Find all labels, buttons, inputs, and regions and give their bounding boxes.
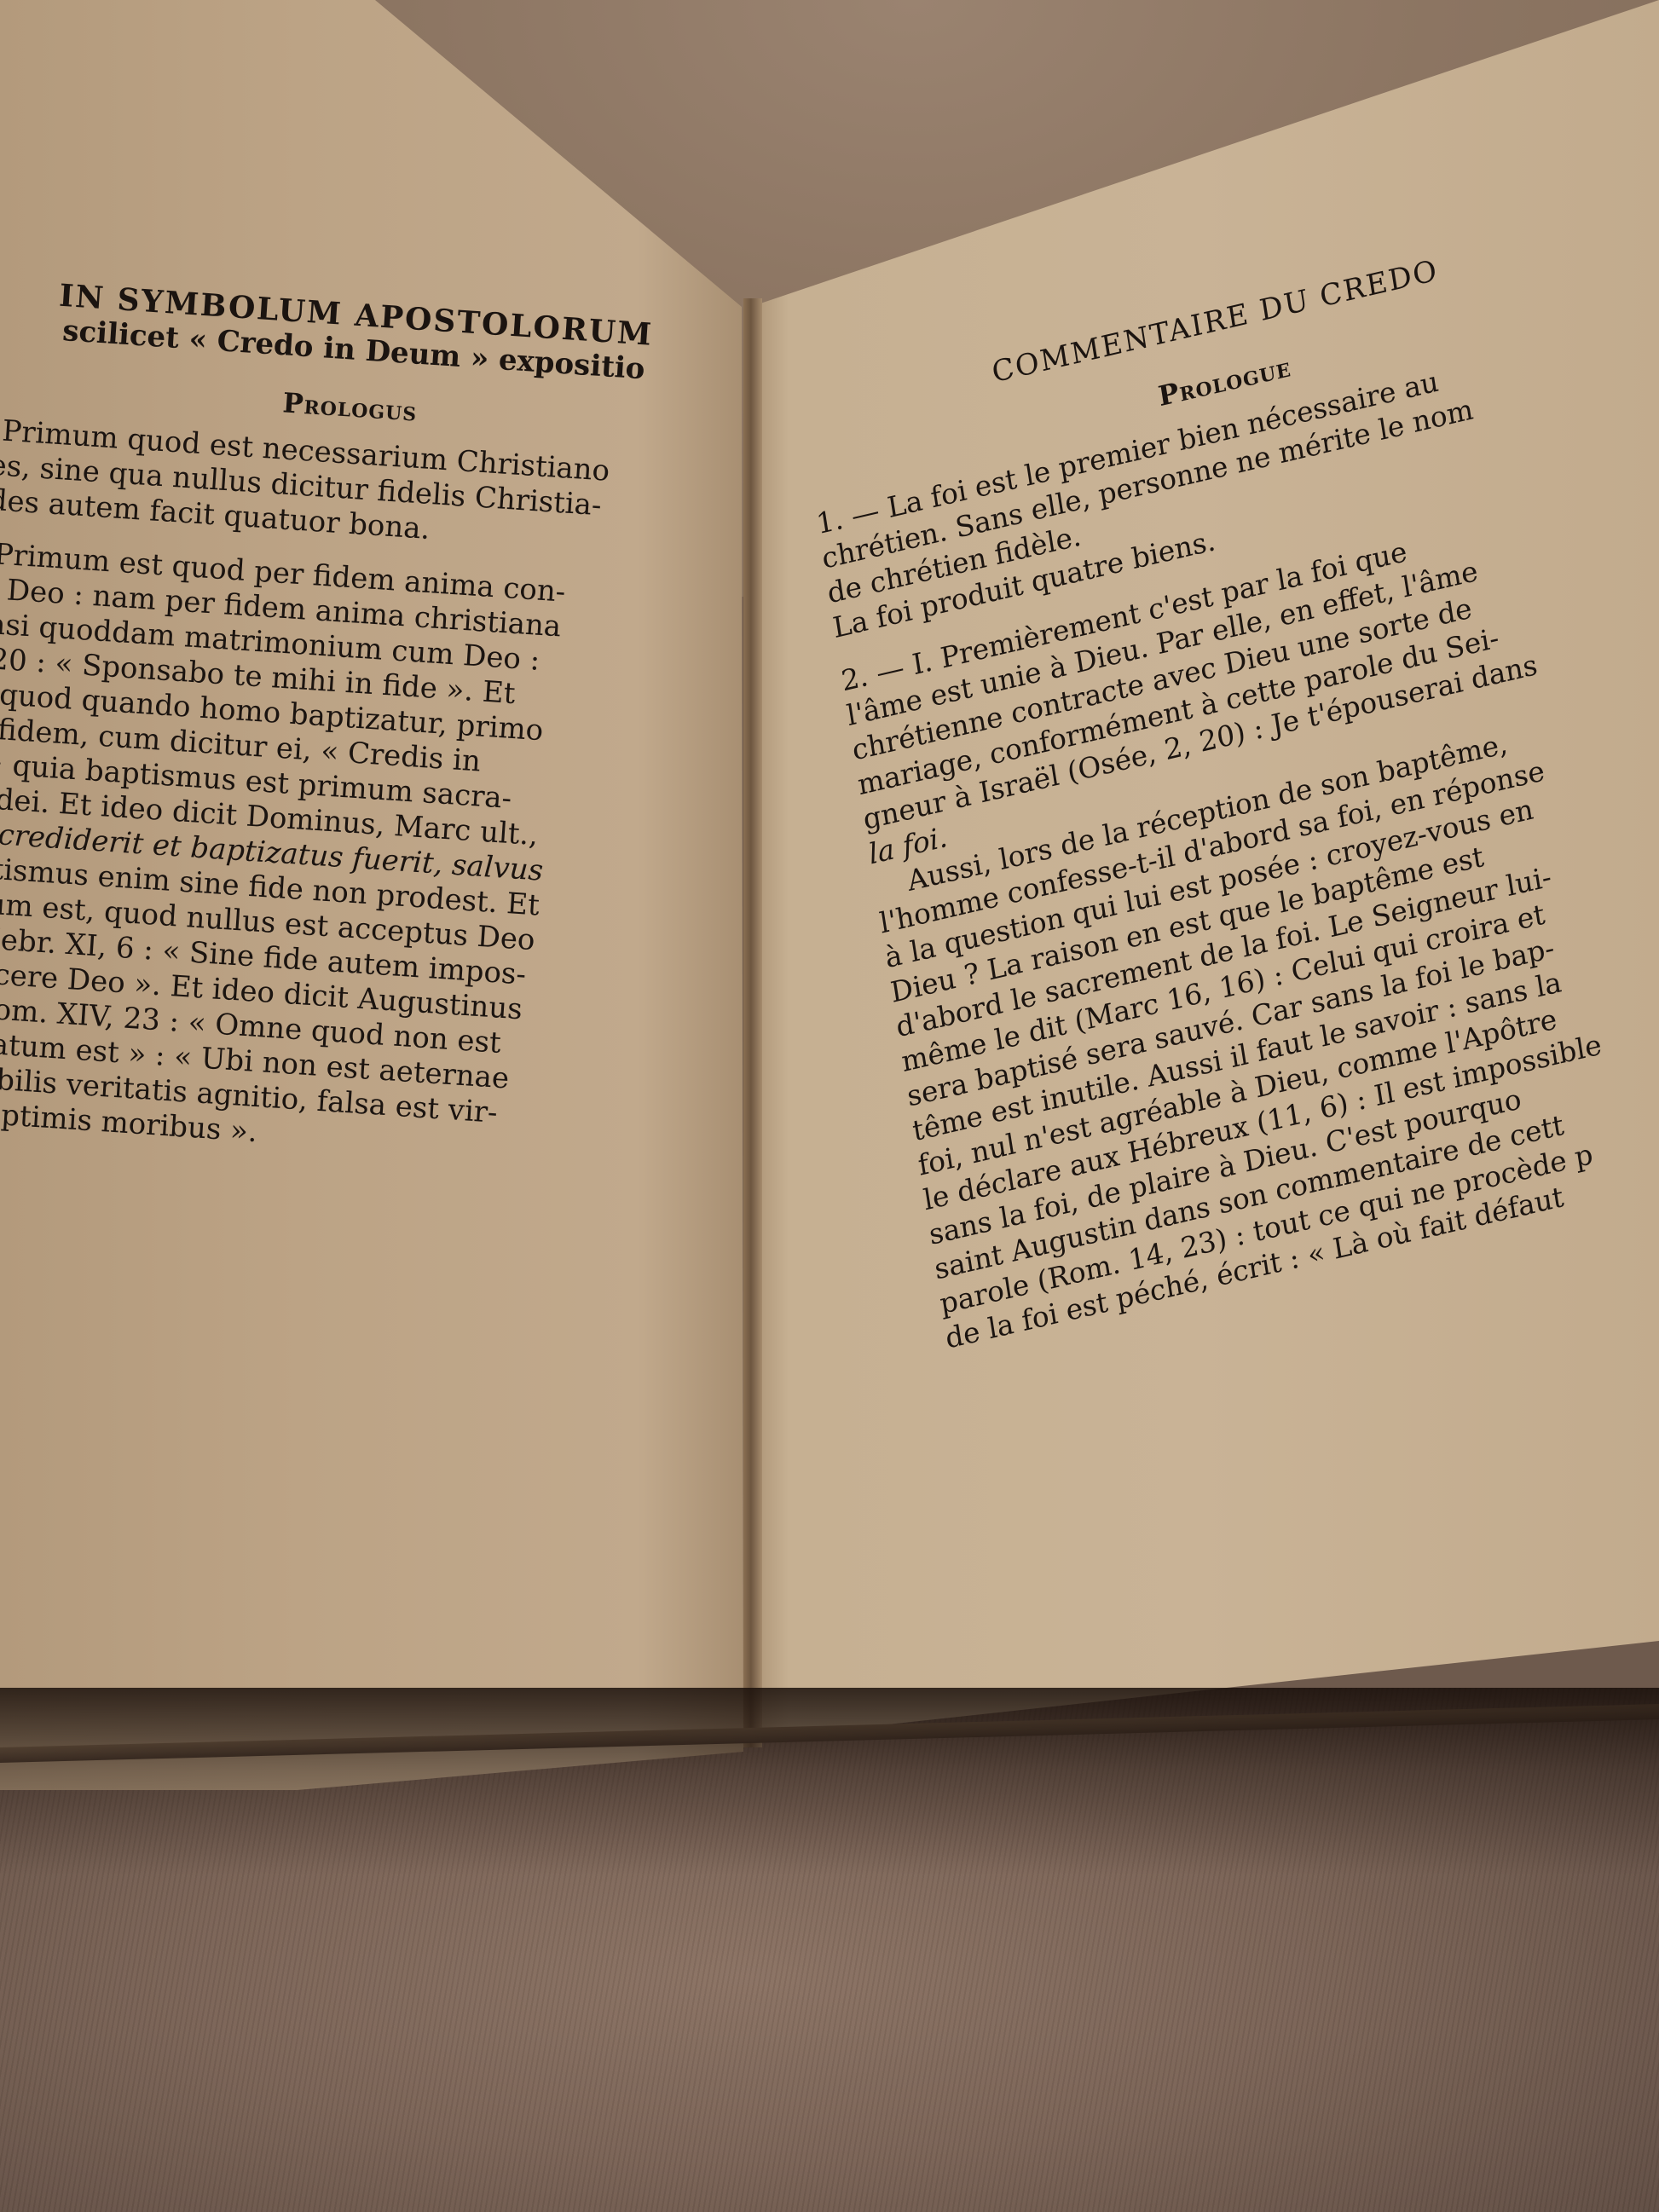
right-page-text: COMMENTAIRE DU CREDO Prologue 1. — La fo… <box>797 209 1659 1356</box>
book-gutter <box>743 298 762 1747</box>
book-shadow <box>0 1688 1659 1875</box>
left-page-text: IN SYMBOLUM APOSTOLORUM scilicet « Credo… <box>0 273 740 1178</box>
